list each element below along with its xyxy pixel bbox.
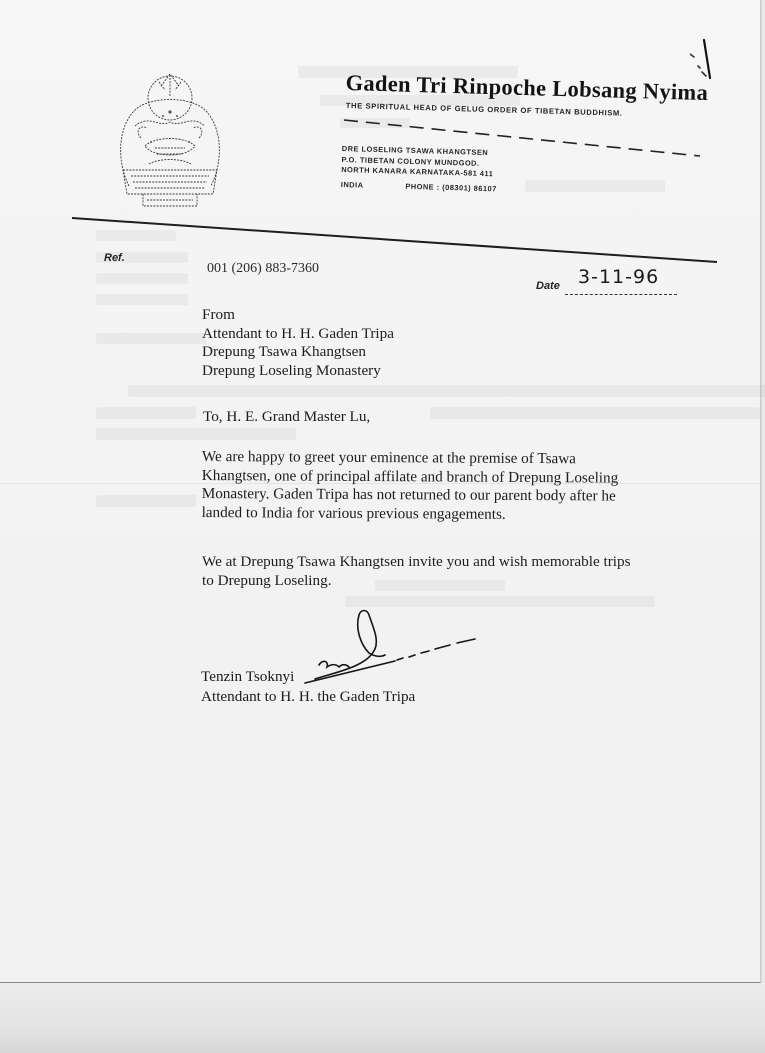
date-value-handwritten: 3-11-96 [578,266,659,288]
reference-label: Ref. [104,252,125,264]
bleed-through-mark [96,428,296,440]
letter-page: Gaden Tri Rinpoche Lobsang Nyima THE SPI… [0,0,761,983]
sender-heading: From [202,306,394,325]
buddhist-emblem-icon [115,66,225,212]
sender-line: Drepung Loseling Monastery [202,362,394,381]
paragraph-text: We at Drepung Tsawa Khangtsen invite you… [202,553,642,590]
signature-block: Tenzin Tsoknyi Attendant to H. H. the Ga… [201,667,415,707]
body-paragraph-1: We are happy to greet your eminence at t… [202,448,642,525]
letterhead-divider-rule [72,210,717,270]
reference-value: 001 (206) 883-7360 [207,261,319,277]
bleed-through-mark [96,333,206,344]
letterhead-address: DRE LOSELING TSAWA KHANGTSEN P.O. TIBETA… [341,144,498,194]
bleed-through-mark [96,407,196,419]
address-country: INDIA [341,179,403,191]
bleed-through-mark [96,495,196,507]
bleed-through-mark [96,294,188,305]
recipient-line: To, H. E. Grand Master Lu, [203,408,370,426]
scanner-background [0,983,765,1053]
date-underline [565,293,677,295]
bleed-through-mark [430,407,760,419]
bleed-through-mark [96,273,188,284]
sender-block: From Attendant to H. H. Gaden Tripa Drep… [202,306,394,380]
letterhead-phone: PHONE : (08301) 86107 [405,181,497,193]
date-label: Date [536,280,560,292]
signer-name: Tenzin Tsoknyi [201,667,415,687]
signer-title: Attendant to H. H. the Gaden Tripa [201,687,415,707]
handwritten-tick-mark-icon [690,0,730,90]
sender-line: Drepung Tsawa Khangtsen [202,343,394,362]
bleed-through-mark [128,385,765,397]
body-paragraph-2: We at Drepung Tsawa Khangtsen invite you… [202,553,642,590]
sender-line: Attendant to H. H. Gaden Tripa [202,325,394,344]
bleed-through-mark [525,180,665,192]
paragraph-text: We are happy to greet your eminence at t… [202,448,642,525]
